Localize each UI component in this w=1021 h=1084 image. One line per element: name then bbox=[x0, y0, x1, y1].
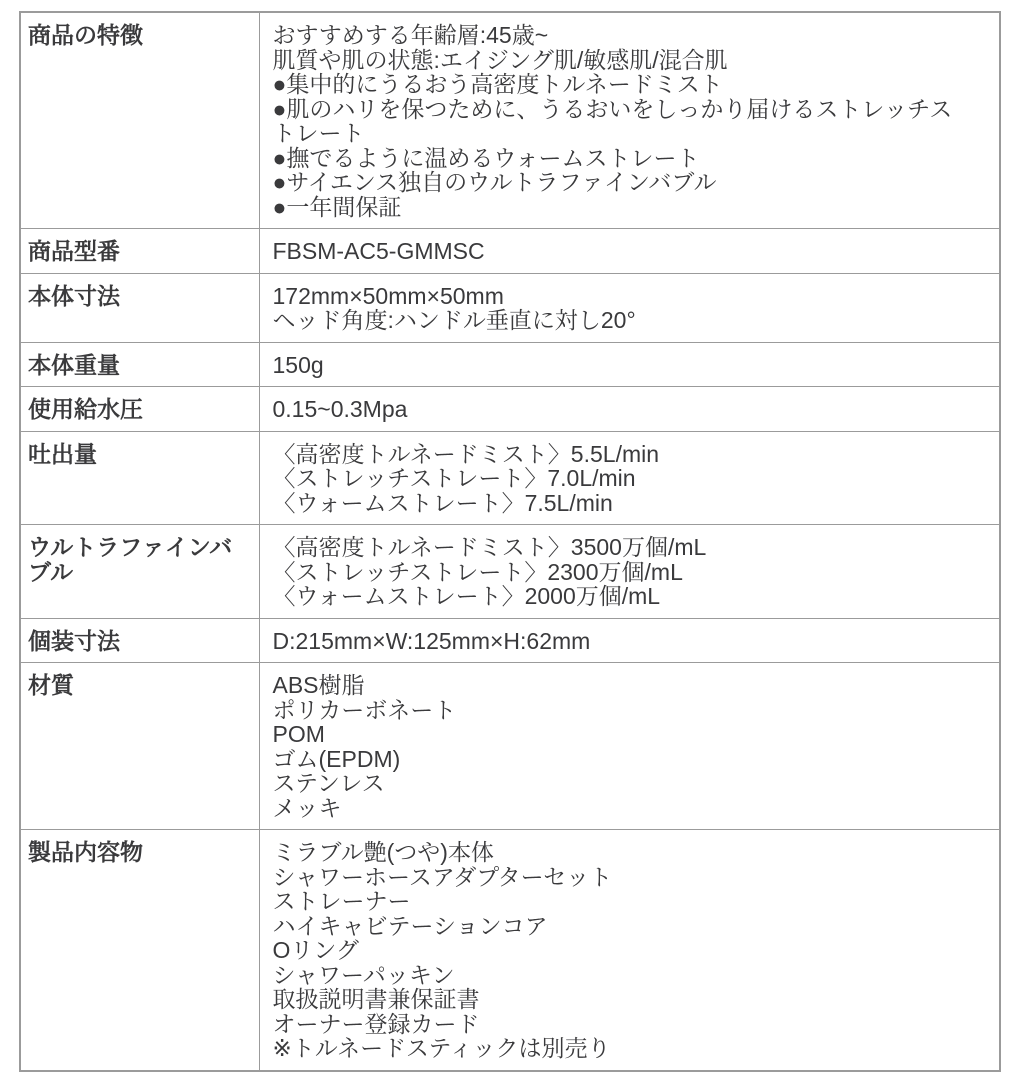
row-value: FBSM-AC5-GMMSC bbox=[259, 229, 1000, 274]
row-label: 商品型番 bbox=[20, 229, 259, 274]
row-value: おすすめする年齢層:45歳~肌質や肌の状態:エイジング肌/敏感肌/混合肌●集中的… bbox=[259, 12, 1000, 229]
row-label: 商品の特徴 bbox=[20, 12, 259, 229]
row-value: 0.15~0.3Mpa bbox=[259, 387, 1000, 432]
table-row: 本体重量150g bbox=[20, 342, 1000, 387]
row-value: 〈高密度トルネードミスト〉5.5L/min〈ストレッチストレート〉7.0L/mi… bbox=[259, 431, 1000, 525]
row-label: 本体寸法 bbox=[20, 273, 259, 342]
row-label: 吐出量 bbox=[20, 431, 259, 525]
table-row: 個装寸法D:215mm×W:125mm×H:62mm bbox=[20, 618, 1000, 663]
table-row: 本体寸法172mm×50mm×50mmヘッド角度:ハンドル垂直に対し20° bbox=[20, 273, 1000, 342]
product-spec-page: 商品の特徴おすすめする年齢層:45歳~肌質や肌の状態:エイジング肌/敏感肌/混合… bbox=[0, 0, 1021, 1084]
table-row: 商品の特徴おすすめする年齢層:45歳~肌質や肌の状態:エイジング肌/敏感肌/混合… bbox=[20, 12, 1000, 229]
table-row: 吐出量〈高密度トルネードミスト〉5.5L/min〈ストレッチストレート〉7.0L… bbox=[20, 431, 1000, 525]
row-label: 製品内容物 bbox=[20, 830, 259, 1071]
table-row: 製品内容物ミラブル艶(つや)本体シャワーホースアダプターセットストレーナーハイキ… bbox=[20, 830, 1000, 1071]
row-value: ABS樹脂ポリカーボネートPOMゴム(EPDM)ステンレスメッキ bbox=[259, 663, 1000, 830]
table-row: 商品型番FBSM-AC5-GMMSC bbox=[20, 229, 1000, 274]
row-label: 材質 bbox=[20, 663, 259, 830]
row-value: 172mm×50mm×50mmヘッド角度:ハンドル垂直に対し20° bbox=[259, 273, 1000, 342]
spec-table-body: 商品の特徴おすすめする年齢層:45歳~肌質や肌の状態:エイジング肌/敏感肌/混合… bbox=[20, 12, 1000, 1071]
row-value: ミラブル艶(つや)本体シャワーホースアダプターセットストレーナーハイキャビテーシ… bbox=[259, 830, 1000, 1071]
table-row: ウルトラファインバブル〈高密度トルネードミスト〉3500万個/mL〈ストレッチス… bbox=[20, 525, 1000, 619]
spec-table: 商品の特徴おすすめする年齢層:45歳~肌質や肌の状態:エイジング肌/敏感肌/混合… bbox=[19, 11, 1001, 1072]
table-row: 材質ABS樹脂ポリカーボネートPOMゴム(EPDM)ステンレスメッキ bbox=[20, 663, 1000, 830]
row-label: 使用給水圧 bbox=[20, 387, 259, 432]
row-label: 本体重量 bbox=[20, 342, 259, 387]
row-label: ウルトラファインバブル bbox=[20, 525, 259, 619]
row-value: D:215mm×W:125mm×H:62mm bbox=[259, 618, 1000, 663]
row-label: 個装寸法 bbox=[20, 618, 259, 663]
row-value: 150g bbox=[259, 342, 1000, 387]
table-row: 使用給水圧0.15~0.3Mpa bbox=[20, 387, 1000, 432]
row-value: 〈高密度トルネードミスト〉3500万個/mL〈ストレッチストレート〉2300万個… bbox=[259, 525, 1000, 619]
